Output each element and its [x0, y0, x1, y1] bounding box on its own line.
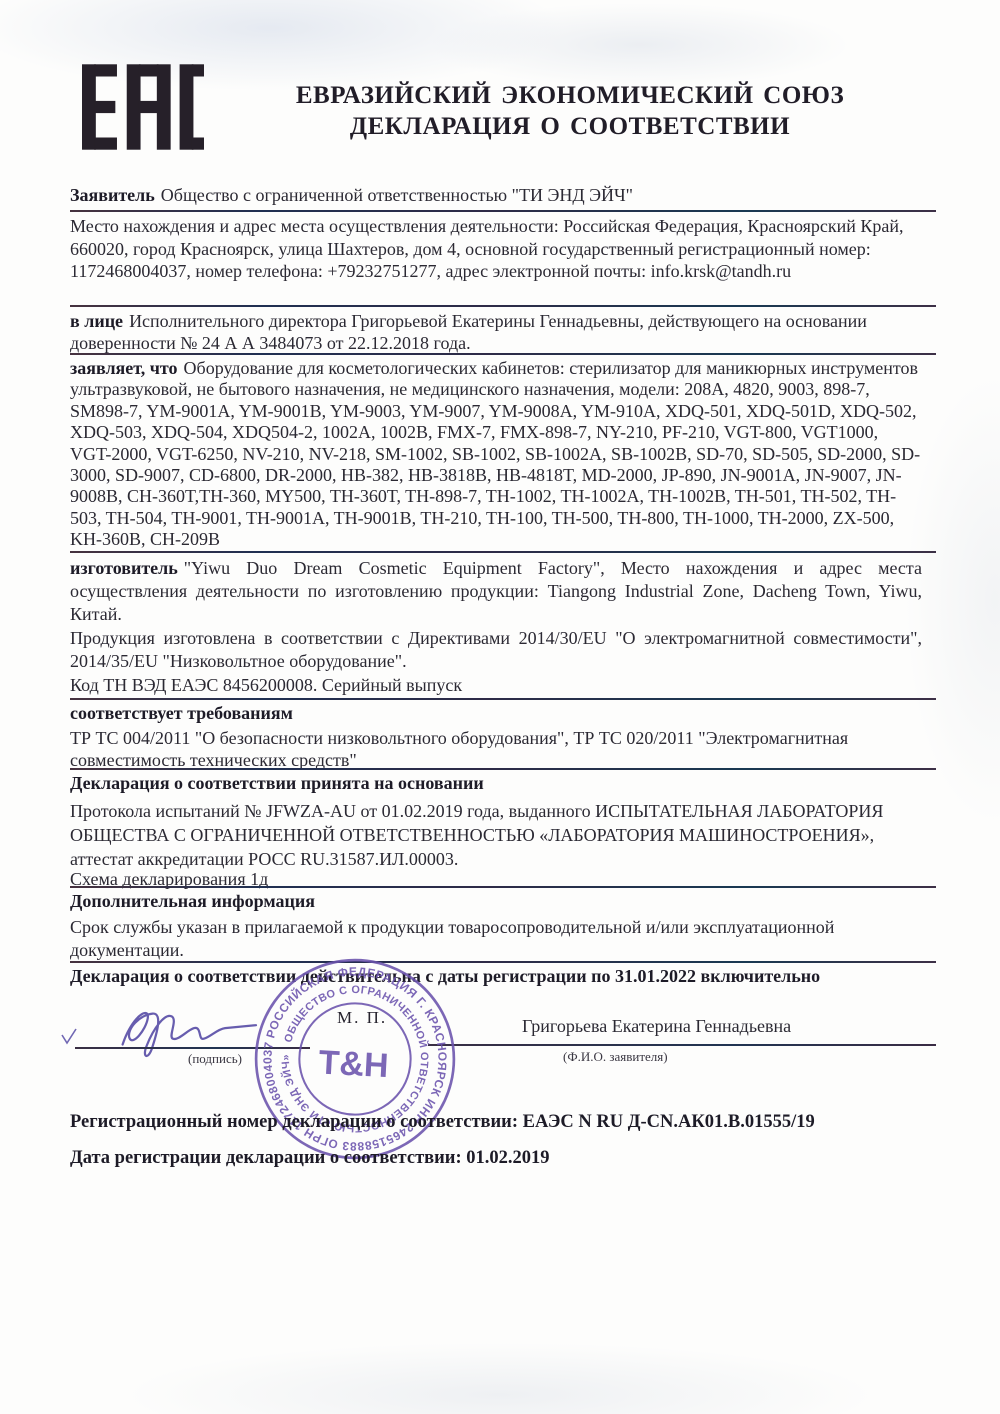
name-line [428, 1044, 936, 1046]
separator [70, 210, 936, 212]
requirements-paragraph: ТР ТС 004/2011 "О безопасности низковоль… [70, 727, 922, 771]
stamp-center-logo: T&H [318, 1043, 390, 1085]
representative-value: Исполнительного директора Григорьевой Ек… [70, 311, 867, 353]
declaration-document: ЕВРАЗИЙСКИЙ ЭКОНОМИЧЕСКИЙ СОЮЗ ДЕКЛАРАЦИ… [0, 0, 1000, 1414]
separator [70, 698, 936, 700]
document-title: ЕВРАЗИЙСКИЙ ЭКОНОМИЧЕСКИЙ СОЮЗ ДЕКЛАРАЦИ… [210, 80, 930, 142]
validity-line: Декларация о соответствии действительна … [70, 965, 922, 987]
address-paragraph: Место нахождения и адрес места осуществл… [70, 215, 922, 283]
representative-label: в лице [70, 311, 123, 331]
manufacturer-label: изготовитель [70, 558, 178, 578]
registration-date-line: Дата регистрации декларации о соответств… [70, 1148, 950, 1169]
registration-number-value: ЕАЭС N RU Д-CN.АК01.В.01555/19 [523, 1112, 815, 1132]
title-declaration: ДЕКЛАРАЦИЯ О СООТВЕТСТВИИ [210, 111, 930, 142]
manufacturer-value: "Yiwu Duo Dream Cosmetic Equipment Facto… [70, 558, 922, 624]
separator [70, 353, 936, 355]
product-models-text: Оборудование для косметологических кабин… [70, 358, 920, 549]
representative-paragraph: в лицеИсполнительного директора Григорье… [70, 311, 922, 354]
production-paragraph: Продукция изготовлена в соответствии с Д… [70, 627, 922, 673]
manufacturer-paragraph: изготовитель"Yiwu Duo Dream Cosmetic Equ… [70, 557, 922, 626]
registration-number-label: Регистрационный номер декларации о соотв… [70, 1112, 518, 1132]
applicant-fullname: Григорьева Екатерина Геннадьевна [522, 1016, 791, 1037]
registration-date-label: Дата регистрации декларации о соответств… [70, 1148, 462, 1168]
separator [70, 886, 936, 888]
separator [70, 305, 936, 307]
fullname-caption: (Ф.И.О. заявителя) [563, 1049, 668, 1065]
signature-caption: (подпись) [188, 1051, 242, 1067]
registration-date-value: 01.02.2019 [466, 1148, 549, 1168]
tnved-code-line: Код ТН ВЭД ЕАЭС 8456200008. Серийный вып… [70, 674, 922, 697]
separator [70, 551, 936, 553]
additional-info-heading: Дополнительная информация [70, 890, 922, 912]
basis-heading: Декларация о соответствии принята на осн… [70, 772, 922, 794]
applicant-label: Заявитель [70, 185, 155, 205]
declares-paragraph: заявляет, чтоОборудование для косметолог… [70, 358, 922, 551]
eac-logo [82, 57, 204, 157]
basis-paragraph: Протокола испытаний № JFWZA-AU от 01.02.… [70, 799, 922, 871]
applicant-value: Общество с ограниченной ответственностью… [161, 185, 633, 205]
separator [70, 961, 936, 963]
applicant-line: ЗаявительОбщество с ограниченной ответст… [70, 184, 922, 207]
requirements-heading: соответствует требованиям [70, 702, 922, 724]
additional-info-paragraph: Срок службы указан в прилагаемой к проду… [70, 916, 922, 962]
registration-number-line: Регистрационный номер декларации о соотв… [70, 1112, 950, 1133]
declares-label: заявляет, что [70, 358, 178, 378]
handwritten-checkmark [60, 1026, 78, 1046]
eac-mark-icon [82, 57, 204, 157]
separator [70, 768, 936, 770]
title-union: ЕВРАЗИЙСКИЙ ЭКОНОМИЧЕСКИЙ СОЮЗ [210, 80, 930, 111]
